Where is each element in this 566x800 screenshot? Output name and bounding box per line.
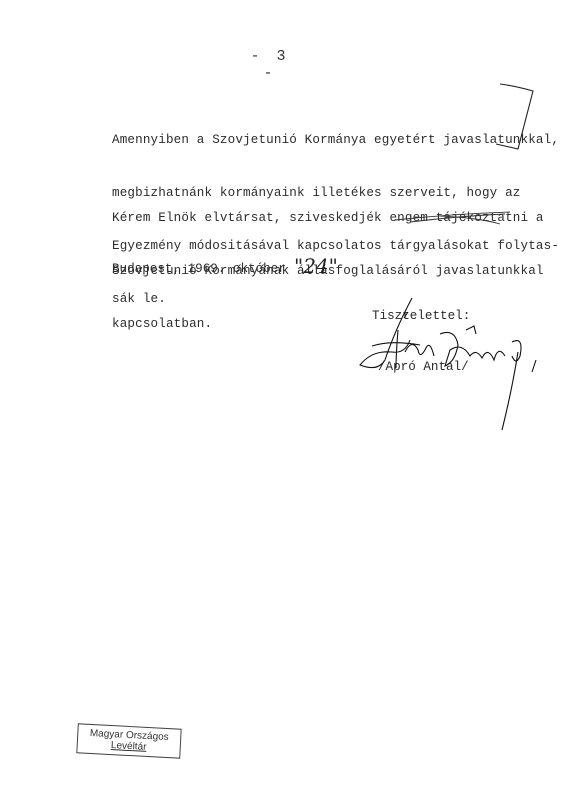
text-line: Amennyiben a Szovjetunió Kormánya egyeté… bbox=[112, 132, 559, 150]
text-line: Kérem Elnök elvtársat, sziveskedjék enge… bbox=[112, 210, 544, 228]
page-number: - 3 - bbox=[240, 48, 300, 82]
date-line: Budapest, 1969. október bbox=[112, 262, 286, 276]
archive-stamp: Magyar Országos Levéltár bbox=[76, 723, 181, 758]
text-line: kapcsolatban. bbox=[112, 316, 544, 334]
closing-salutation: Tisztelettel: bbox=[372, 309, 470, 323]
signer-name: /Apró Antal/ bbox=[378, 360, 469, 374]
handwritten-day: "24" bbox=[294, 254, 338, 278]
